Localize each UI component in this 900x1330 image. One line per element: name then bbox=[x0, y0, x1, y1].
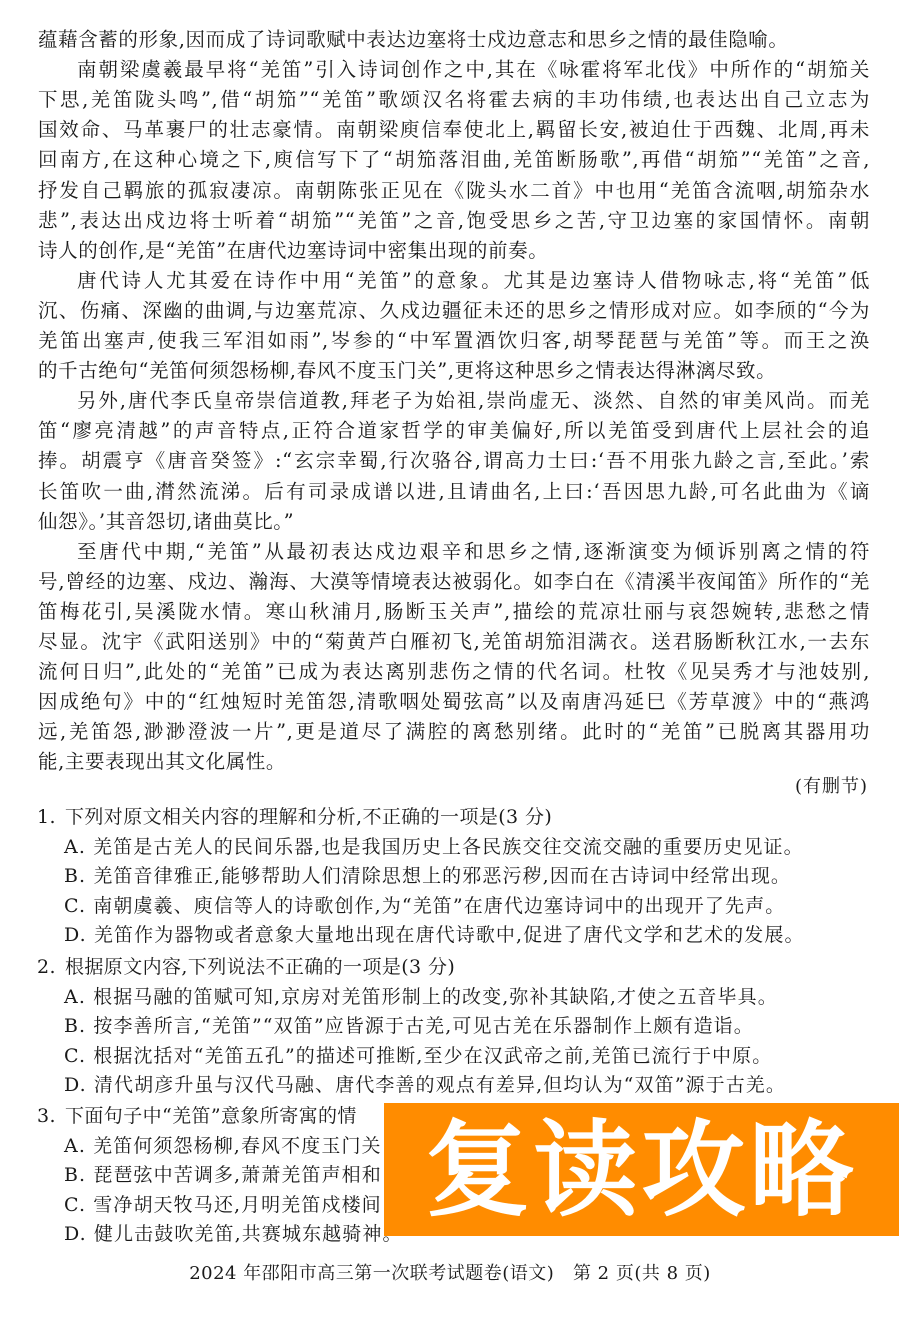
passage-line: 至唐代中期,“羌笛”从最初表达戍边艰辛和思乡之情,逐渐演变为倾诉别离之情的符 bbox=[77, 537, 870, 567]
exam-page: 蕴藉含蓄的形象,因而成了诗词歌赋中表达边塞将士戍边意志和思乡之情的最佳隐喻。南朝… bbox=[0, 0, 900, 1330]
passage-line: 唐代诗人尤其爱在诗作中用“羌笛”的意象。尤其是边塞诗人借物咏志,将“羌笛”低 bbox=[77, 266, 870, 296]
passage-line: 仙怨》。’其音怨切,诸曲莫比。” bbox=[38, 507, 870, 537]
question-2-option-A: A. 根据马融的笛赋可知,京房对羌笛形制上的改变,弥补其缺陷,才使之五音毕具。 bbox=[64, 982, 778, 1012]
question-text: 下列对原文相关内容的理解和分析,不正确的一项是(3 分) bbox=[65, 806, 552, 828]
watermark-banner: 复读攻略 bbox=[384, 1103, 899, 1236]
passage-line: 远,羌笛怨,渺渺澄波一片”,更是道尽了满腔的离愁别绪。此时的“羌笛”已脱离其器用… bbox=[38, 717, 870, 747]
passage-line: 下思,羌笛陇头鸣”,借“胡笳”“羌笛”歌颂汉名将霍去病的丰功伟绩,也表达出自己立… bbox=[38, 85, 870, 115]
question-2-option-C: C. 根据沈括对“羌笛五孔”的描述可推断,至少在汉武帝之前,羌笛已流行于中原。 bbox=[64, 1041, 772, 1071]
question-1-option-A: A. 羌笛是古羌人的民间乐器,也是我国历史上各民族交往交流交融的重要历史见证。 bbox=[64, 832, 804, 862]
watermark-text: 复读攻略 bbox=[425, 1118, 857, 1222]
passage-line: 另外,唐代李氏皇帝崇信道教,拜老子为始祖,崇尚虚无、淡然、自然的审美风尚。而羌 bbox=[77, 386, 870, 416]
question-number: 2. bbox=[37, 952, 65, 982]
passage-line: 能,主要表现出其文化属性。 bbox=[38, 747, 870, 777]
passage-line: 抒发自己羁旅的孤寂凄凉。南朝陈张正见在《陇头水二首》中也用“羌笛含流咽,胡笳杂水 bbox=[38, 176, 870, 206]
passage-line: 回南方,在这种心境之下,庾信写下了“胡笳落泪曲,羌笛断肠歌”,再借“胡笳”“羌笛… bbox=[38, 145, 870, 175]
passage-line: 笛梅花引,吴溪陇水情。寒山秋浦月,肠断玉关声”,描绘的荒凉壮丽与哀怨婉转,悲愁之… bbox=[38, 597, 870, 627]
passage-line: 蕴藉含蓄的形象,因而成了诗词歌赋中表达边塞将士戍边意志和思乡之情的最佳隐喻。 bbox=[38, 25, 870, 55]
question-text: 根据原文内容,下列说法不正确的一项是(3 分) bbox=[65, 956, 455, 978]
source-note: (有删节) bbox=[795, 772, 868, 802]
passage-line: 的千古绝句“羌笛何须怨杨柳,春风不度玉门关”,更将这种思乡之情表达得淋漓尽致。 bbox=[38, 356, 870, 386]
question-number: 3. bbox=[37, 1101, 65, 1131]
question-3-option-B: B. 琵琶弦中苦调多,萧萧羌笛声相和 bbox=[64, 1160, 382, 1190]
question-3-option-A: A. 羌笛何须怨杨柳,春风不度玉门关 bbox=[64, 1131, 382, 1161]
question-2-option-B: B. 按李善所言,“羌笛”“双笛”应皆源于古羌,可见古羌在乐器制作上颇有造诣。 bbox=[64, 1011, 754, 1041]
page-footer: 2024 年邵阳市高三第一次联考试题卷(语文) 第 2 页(共 8 页) bbox=[0, 1260, 900, 1288]
passage-line: 长笛吹一曲,潸然流涕。后有司录成谱以进,且请曲名,上曰:‘吾因思九龄,可名此曲为… bbox=[38, 477, 870, 507]
passage-line: 沉、伤痛、深幽的曲调,与边塞荒凉、久戍边疆征未还的思乡之情形成对应。如李颀的“今… bbox=[38, 296, 870, 326]
question-3-stem: 3.下面句子中“羌笛”意象所寄寓的情 bbox=[37, 1101, 357, 1131]
passage-line: 因成绝句》中的“红烛短时羌笛怨,清歌咽处蜀弦高”以及南唐冯延巳《芳草渡》中的“燕… bbox=[38, 687, 870, 717]
question-number: 1. bbox=[37, 802, 65, 832]
question-2-option-D: D. 清代胡彦升虽与汉代马融、唐代李善的观点有差异,但均认为“双笛”源于古羌。 bbox=[64, 1070, 786, 1100]
passage-line: 捧。胡震亨《唐音癸签》:“玄宗幸蜀,行次骆谷,谓高力士曰:‘吾不用张九龄之言,至… bbox=[38, 446, 870, 476]
question-3-option-C: C. 雪净胡天牧马还,月明羌笛戍楼间 bbox=[64, 1190, 382, 1220]
question-1-option-C: C. 南朝虞羲、庾信等人的诗歌创作,为“羌笛”在唐代边塞诗词中的出现开了先声。 bbox=[64, 891, 785, 921]
passage-line: 号,曾经的边塞、戍边、瀚海、大漠等情境表达被弱化。如李白在《清溪半夜闻笛》所作的… bbox=[38, 567, 870, 597]
passage-line: 诗人的创作,是“羌笛”在唐代边塞诗词中密集出现的前奏。 bbox=[38, 236, 870, 266]
passage-line: 笛“廖亮清越”的声音特点,正符合道家哲学的审美偏好,所以羌笛受到唐代上层社会的追 bbox=[38, 416, 870, 446]
question-1-stem: 1.下列对原文相关内容的理解和分析,不正确的一项是(3 分) bbox=[37, 802, 552, 832]
question-3-option-D: D. 健儿击鼓吹羌笛,共赛城东越骑神。 bbox=[64, 1219, 403, 1249]
passage-line: 羌笛出塞声,使我三军泪如雨”,岑参的“中军置酒饮归客,胡琴琵琶与羌笛”等。而王之… bbox=[38, 326, 870, 356]
question-2-stem: 2.根据原文内容,下列说法不正确的一项是(3 分) bbox=[37, 952, 455, 982]
passage-line: 南朝梁虞羲最早将“羌笛”引入诗词创作之中,其在《咏霍将军北伐》中所作的“胡笳关 bbox=[77, 55, 870, 85]
question-1-option-B: B. 羌笛音律雅正,能够帮助人们清除思想上的邪恶污秽,因而在古诗词中经常出现。 bbox=[64, 861, 791, 891]
question-1-option-D: D. 羌笛作为器物或者意象大量地出现在唐代诗歌中,促进了唐代文学和艺术的发展。 bbox=[64, 920, 805, 950]
passage-line: 流何日归”,此处的“羌笛”已成为表达离别悲伤之情的代名词。杜牧《见吴秀才与池妓别… bbox=[38, 657, 870, 687]
passage-line: 国效命、马革裹尸的壮志豪情。南朝梁庾信奉使北上,羁留长安,被迫仕于西魏、北周,再… bbox=[38, 115, 870, 145]
question-text: 下面句子中“羌笛”意象所寄寓的情 bbox=[65, 1105, 357, 1127]
passage-line: 悲”,表达出戍边将士听着“胡笳”“羌笛”之音,饱受思乡之苦,守卫边塞的家国情怀。… bbox=[38, 206, 870, 236]
passage-line: 尽显。沈宇《武阳送别》中的“菊黄芦白雁初飞,羌笛胡笳泪满衣。送君肠断秋江水,一去… bbox=[38, 627, 870, 657]
